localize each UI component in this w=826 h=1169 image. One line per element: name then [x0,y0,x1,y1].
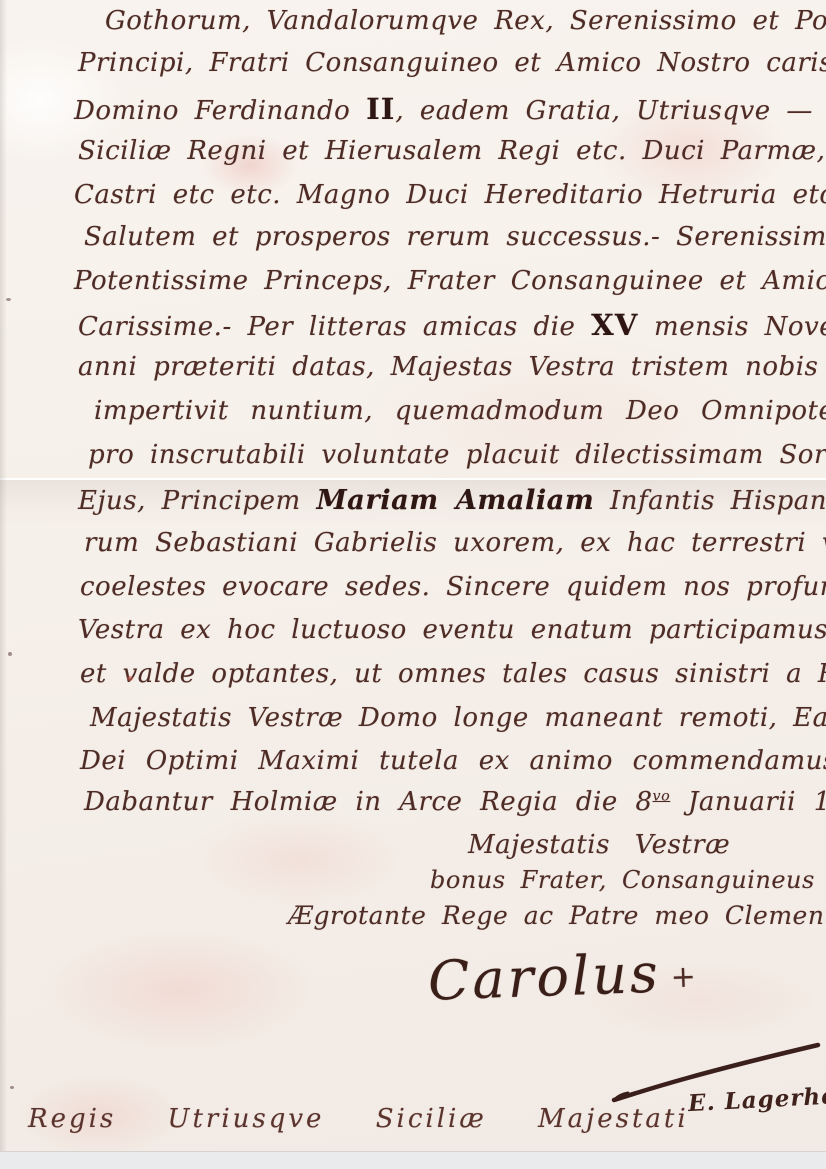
handwritten-segment: Salutem et prosperos rerum successus.- S… [84,222,826,252]
handwritten-segment: impertivit nuntium, quemadmodum Deo Omni… [94,396,826,426]
handwritten-segment: Dei Optimi Maximi tutela ex animo commen… [80,746,826,776]
handwritten-segment: , eadem Gratia, Utriusqve — [395,96,813,126]
handwritten-line: coelestes evocare sedes. Sincere quidem … [80,572,826,602]
handwritten-segment: Majestatis Vestræ Domo longe maneant rem… [90,703,826,733]
handwritten-line: Castri etc etc. Magno Duci Hereditario H… [74,180,826,210]
handwritten-segment: Vestra ex hoc luctuoso eventu enatum par… [78,615,826,645]
handwritten-segment: Majestatis Vestræ [468,830,730,860]
signature-cross: + [670,959,699,995]
handwritten-segment: Castri etc etc. Magno Duci Hereditario H… [74,180,826,210]
handwritten-line: Siciliæ Regni et Hierusalem Regi etc. Du… [78,136,826,166]
handwritten-segment: Ejus, Principem [78,486,316,516]
handwritten-line: anni præteriti datas, Majestas Vestra tr… [78,352,826,382]
scanned-letter-page: Gothorum, Vandalorumqve Rex, Serenissimo… [0,0,826,1169]
signature-name: Carolus [427,942,662,1013]
handwritten-line: impertivit nuntium, quemadmodum Deo Omni… [94,396,826,426]
handwritten-segment: bonus Frater, Consanguineus et Amicus [430,866,826,894]
handwritten-segment: coelestes evocare sedes. Sincere quidem … [80,572,826,602]
handwritten-line: Majestatis Vestræ [468,830,730,860]
handwritten-segment: Potentissime Princeps, Frater Consanguin… [74,266,826,296]
handwritten-line: Ægrotante Rege ac Patre meo Clementissim… [288,901,826,930]
handwritten-segment: Ægrotante Rege ac Patre meo Clementissim… [288,901,826,930]
handwritten-line: Ejus, Principem Mariam Amaliam Infantis … [78,484,826,516]
handwritten-segment: Dabantur Holmiæ in Arce Regia die 8 [84,787,653,817]
handwritten-line: Potentissime Princeps, Frater Consanguin… [74,266,826,296]
handwritten-segment: Siciliæ Regni et Hierusalem Regi etc. Du… [78,136,826,166]
handwritten-segment-roman: II [366,92,395,126]
address-line: Regis Utriusqve Siciliæ Majestati [28,1104,689,1134]
handwritten-line: pro inscrutabili voluntate placuit dilec… [88,440,826,470]
handwritten-segment: rum Sebastiani Gabrielis uxorem, ex hac … [84,528,826,558]
handwritten-segment-bold: Mariam Amaliam [316,484,594,516]
royal-signature: Carolus+ [427,940,700,1012]
handwritten-segment: Januarii 1858 [670,787,826,817]
handwritten-line: et valde optantes, ut omnes tales casus … [80,659,826,689]
handwritten-line: rum Sebastiani Gabrielis uxorem, ex hac … [84,528,826,558]
handwritten-line: Principi, Fratri Consanguineo et Amico N… [78,48,826,78]
handwritten-segment: pro inscrutabili voluntate placuit dilec… [88,440,826,470]
handwritten-line: Carissime.- Per litteras amicas die XV m… [78,308,826,342]
handwritten-line: bonus Frater, Consanguineus et Amicus [430,866,826,894]
handwritten-line: Majestatis Vestræ Domo longe maneant rem… [90,703,826,733]
handwritten-line: Dei Optimi Maximi tutela ex animo commen… [80,746,826,776]
scan-edge-left [0,0,7,1169]
handwritten-segment: anni præteriti datas, Majestas Vestra tr… [78,352,826,382]
scanner-edge-band [0,1151,826,1169]
ink-speck [8,652,12,656]
handwritten-segment: mensis Novembris [638,312,826,342]
handwritten-segment: Domino Ferdinando [74,96,366,126]
handwritten-segment-roman: XV [591,308,638,342]
handwritten-segment: et valde optantes, ut omnes tales casus … [80,659,826,689]
handwritten-segment: Gothorum, Vandalorumqve Rex, Serenissimo… [105,6,826,36]
ink-speck [6,298,11,301]
handwritten-line: Domino Ferdinando II, eadem Gratia, Utri… [74,92,813,126]
ink-speck [127,676,133,681]
handwritten-segment: Carissime.- Per litteras amicas die [78,312,591,342]
handwritten-segment: Principi, Fratri Consanguineo et Amico N… [78,48,826,78]
ink-speck [10,1086,14,1089]
handwritten-line: Vestra ex hoc luctuoso eventu enatum par… [78,615,826,645]
handwritten-segment: Infantis Hispania [594,486,826,516]
handwritten-segment-sup: vo [653,788,671,804]
handwritten-line: Dabantur Holmiæ in Arce Regia die 8vo Ja… [84,787,826,817]
handwritten-line: Gothorum, Vandalorumqve Rex, Serenissimo… [105,6,826,36]
handwritten-line: Salutem et prosperos rerum successus.- S… [84,222,826,252]
